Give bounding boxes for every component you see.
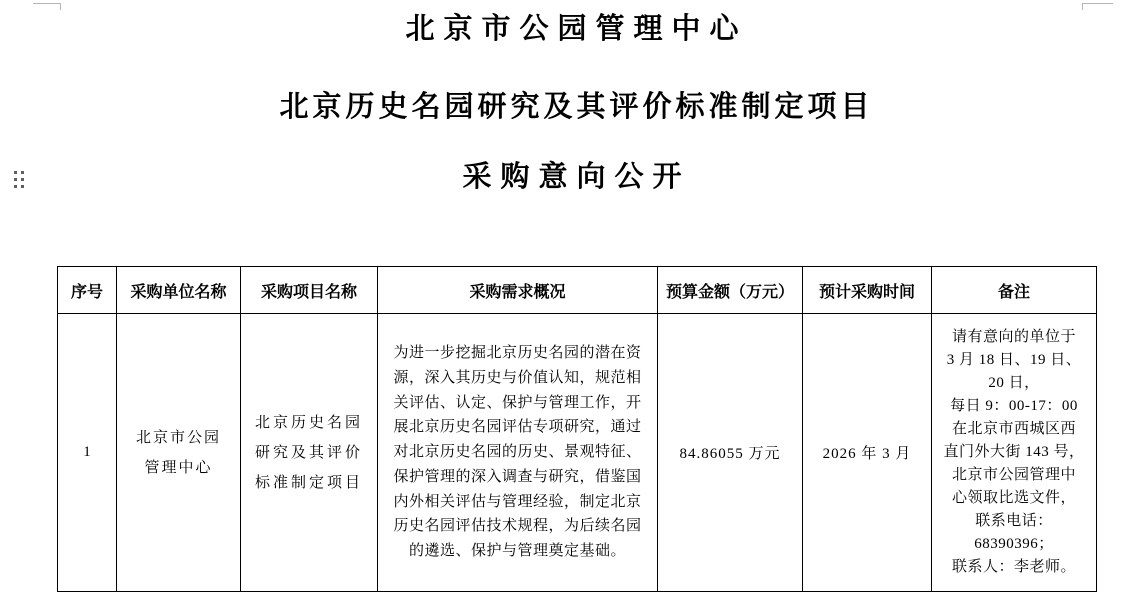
drag-handle-dot [21,178,24,181]
cell-budget-amount: 84.86055 万元 [658,314,803,592]
document-page: { "page": { "titles": [ "北京市公园管理中心", "北京… [0,0,1128,592]
drag-handle-icon[interactable] [14,171,24,188]
table-header-row: 序号 采购单位名称 采购项目名称 采购需求概况 预算金额（万元） 预计采购时间 … [58,267,1097,314]
procurement-table: 序号 采购单位名称 采购项目名称 采购需求概况 预算金额（万元） 预计采购时间 … [57,266,1097,592]
col-header-time: 预计采购时间 [803,267,932,314]
table-row: 1 北京市公园 管理中心 北京历史名园 研究及其评价 标准制定项目 为进一步挖掘… [58,314,1097,592]
col-header-project: 采购项目名称 [241,267,378,314]
col-header-seq: 序号 [58,267,117,314]
doc-title-notice: 采购意向公开 [57,159,1096,195]
doc-title-org: 北京市公园管理中心 [57,11,1096,47]
cell-demand-overview: 为进一步挖掘北京历史名园的潜在资源，深入其历史与价值认知，规范相关评估、认定、保… [378,314,658,592]
doc-title-project: 北京历史名园研究及其评价标准制定项目 [57,89,1096,125]
drag-handle-dot [14,171,17,174]
col-header-remark: 备注 [932,267,1097,314]
cell-project-name: 北京历史名园 研究及其评价 标准制定项目 [241,314,378,592]
drag-handle-dot [21,171,24,174]
col-header-unit: 采购单位名称 [117,267,241,314]
cell-expected-time: 2026 年 3 月 [803,314,932,592]
cell-unit-name: 北京市公园 管理中心 [117,314,241,592]
cell-seq: 1 [58,314,117,592]
page-corner-mark-right-icon [1082,3,1113,10]
page-corner-mark-left-icon [33,3,61,10]
drag-handle-dot [14,178,17,181]
cell-remark: 请有意向的单位于 3 月 18 日、19 日、 20 日， 每日 9：00-17… [932,314,1097,592]
drag-handle-dot [14,185,17,188]
col-header-budget: 预算金额（万元） [658,267,803,314]
drag-handle-dot [21,185,24,188]
col-header-demand: 采购需求概况 [378,267,658,314]
